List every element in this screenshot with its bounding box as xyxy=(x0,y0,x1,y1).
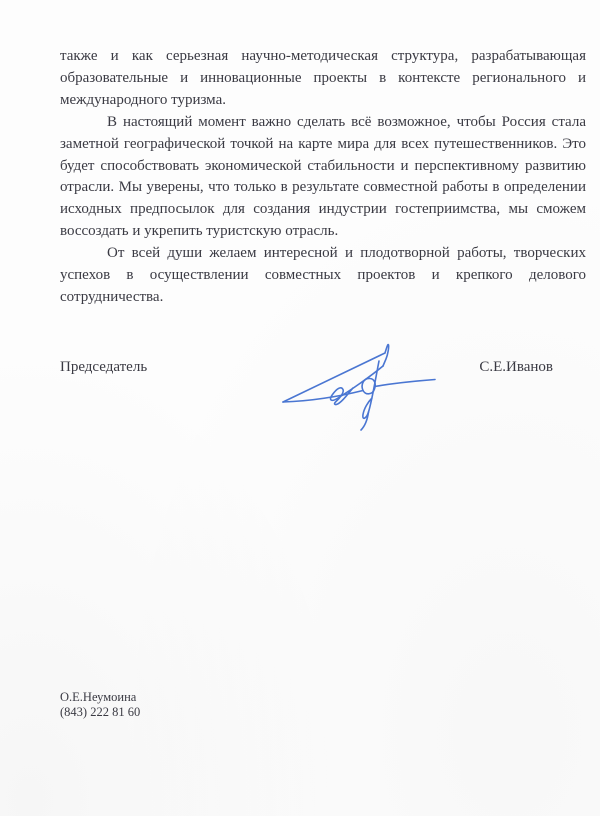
handwritten-signature xyxy=(275,340,440,435)
letter-body: также и как серьезная научно-методическа… xyxy=(60,46,586,309)
body-line: успехов в осуществлении совместных проек… xyxy=(60,265,586,287)
body-line: образовательные и инновационные проекты … xyxy=(60,68,586,90)
body-line: будет способствовать экономической стаби… xyxy=(60,156,586,178)
scanned-letter-page: также и как серьезная научно-методическа… xyxy=(0,0,600,816)
body-line: В настоящий момент важно сделать всё воз… xyxy=(60,112,586,134)
body-line: также и как серьезная научно-методическа… xyxy=(60,46,586,68)
body-line: сотрудничества. xyxy=(60,287,586,309)
body-line: отрасли. Мы уверены, что только в резуль… xyxy=(60,177,586,199)
paragraph: также и как серьезная научно-методическа… xyxy=(60,46,586,112)
paragraph: В настоящий момент важно сделать всё воз… xyxy=(60,112,586,243)
signoff-name: С.Е.Иванов xyxy=(479,359,553,375)
body-line: исходных предпосылок для создания индуст… xyxy=(60,199,586,221)
contact-phone: (843) 222 81 60 xyxy=(60,705,140,720)
paragraph: От всей души желаем интересной и плодотв… xyxy=(60,243,586,309)
body-line: международного туризма. xyxy=(60,90,586,112)
body-line: От всей души желаем интересной и плодотв… xyxy=(60,243,586,265)
body-line: воссоздать и укрепить туристскую отрасль… xyxy=(60,221,586,243)
body-line: заметной географической точкой на карте … xyxy=(60,134,586,156)
signoff-title: Председатель xyxy=(60,359,147,375)
contact-block: О.Е.Неумоина (843) 222 81 60 xyxy=(60,690,140,719)
contact-name: О.Е.Неумоина xyxy=(60,690,140,705)
